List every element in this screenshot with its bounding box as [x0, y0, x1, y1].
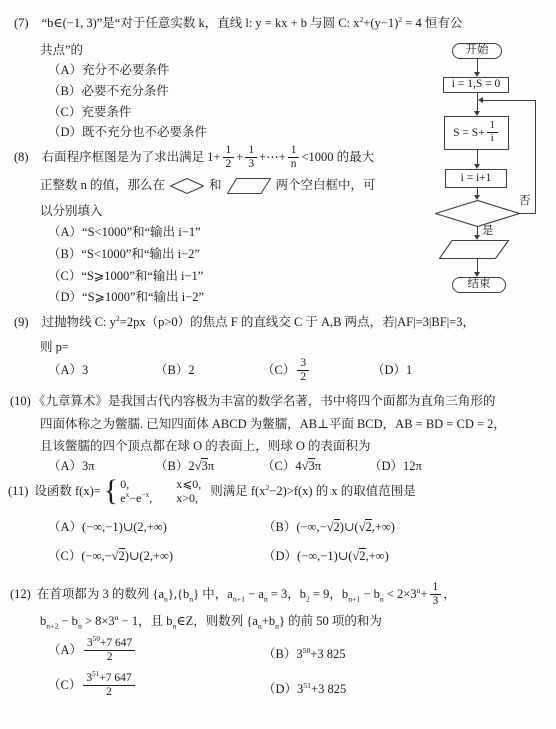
question-10-line-3: 且该鳖臑的四个顶点都在球 O 的表面上，则球 O 的表面积为 — [40, 438, 371, 455]
option-text: （A）充分不必要条件 — [48, 63, 170, 77]
option-text: （D）351+3 825 — [263, 682, 346, 696]
flowchart-connector — [477, 259, 478, 272]
question-9-option-c: （C）32 — [262, 358, 311, 384]
flowchart-accumulate-label: S = S+1i — [453, 121, 500, 145]
question-12-number: (12) — [10, 586, 31, 603]
option-text: （D）既不充分也不必要条件 — [48, 125, 207, 139]
question-8-line-3: 以分别填入 — [40, 203, 103, 220]
question-11-stem-cont: 则满足 f(x2−2)>f(x) 的 x 的取值范围是 — [210, 483, 415, 500]
question-10-line-1: (10)《九章算术》是我国古代内容极为丰富的数学名著，书中将四个面都为直角三角形… — [10, 393, 495, 410]
piecewise-brace: { — [104, 477, 118, 505]
question-9-option-b: （B）2 — [155, 362, 195, 379]
yes-label-text: 是 — [482, 225, 494, 237]
option-text: （A）3π — [48, 459, 95, 473]
question-7-number: (7) — [14, 15, 29, 32]
question-11-option-c: （C）(−∞,−√2)∪(2,+∞) — [48, 548, 173, 565]
question-12-stem-cont: bn+2 − bn > 8×3n − 1，且 bn∈Z，则数列 {an+bn} … — [40, 614, 382, 628]
question-12-stem: 在首项都为 3 的数列 {an},{bn} 中，an+1 − an = 3，b2… — [37, 587, 456, 601]
option-text: （B）2√3π — [155, 458, 214, 473]
question-8-option-d: （D）“S⩾1000”和“输出 i−2” — [48, 289, 204, 306]
flowchart-increment-label: i = i+1 — [461, 173, 492, 185]
question-9-stem: 过抛物线 C: y2=2px（p>0）的焦点 F 的直线交 C 于 A,B 两点… — [42, 315, 475, 329]
option-text: （C）(−∞,−√2)∪(2,+∞) — [48, 548, 173, 563]
flowchart-end-node: 结束 — [452, 277, 506, 293]
question-12-line-2: bn+2 − bn > 8×3n − 1，且 bn∈Z，则数列 {an+bn} … — [40, 613, 382, 630]
option-text: （D）(−∞,−1)∪(√2,+∞) — [263, 548, 389, 563]
exam-page: (7)“b∈(−1, 3)”是“对于任意实数 k，直线 l: y = kx + … — [0, 0, 556, 729]
option-text: （C）32 — [262, 363, 311, 377]
flowchart-connector — [535, 100, 536, 214]
question-8-stem-cont3: 以分别填入 — [40, 204, 103, 218]
program-flowchart: 开始 i = 1,S = 0 S = S+1i i = i+1 否 是 结束 — [426, 42, 548, 296]
question-10-option-d: （D）12π — [369, 458, 422, 475]
question-8-stem: 右面程序框图是为了求出满足 1+12+13+⋯+1n<1000 的最大 — [42, 150, 375, 164]
option-text: （D）1 — [372, 363, 412, 377]
option-text: （D）12π — [369, 459, 422, 473]
piecewise-case-2: ex−e−x,x>0, — [120, 491, 201, 505]
question-9-line-2: 则 p= — [40, 339, 69, 356]
question-12-option-c: （C）351+7 6472 — [48, 673, 137, 699]
option-text: （A）3 — [48, 363, 88, 377]
flowchart-connector — [520, 213, 535, 214]
option-text: （C）“S⩾1000”和“输出 i−1” — [48, 269, 203, 283]
flowchart-decision-diamond — [435, 200, 521, 228]
question-11-option-d: （D）(−∞,−1)∪(√2,+∞) — [263, 548, 389, 565]
question-11-line-1: (11) 设函数 f(x)= { 0,x⩽0, ex−e−x,x>0, 则满足 … — [8, 477, 416, 505]
question-12-line-1: (12)在首项都为 3 的数列 {an},{bn} 中，an+1 − an = … — [10, 582, 456, 608]
option-text: （B）必要不充分条件 — [48, 84, 169, 98]
question-12-option-d: （D）351+3 825 — [263, 681, 346, 698]
question-7-line-1: (7)“b∈(−1, 3)”是“对于任意实数 k，直线 l: y = kx + … — [14, 15, 462, 32]
question-7-option-a: （A）充分不必要条件 — [48, 62, 170, 79]
question-12-option-a: （A）350+7 6472 — [48, 638, 137, 664]
option-text: （C）351+7 6472 — [48, 678, 137, 692]
option-text: （A）(−∞,−1)∪(2,+∞) — [48, 520, 167, 534]
case-2-value: ex−e−x, — [120, 491, 176, 505]
question-10-stem: 《九章算术》是我国古代内容极为丰富的数学名著，书中将四个面都为直角三角形的 — [33, 394, 496, 408]
flowchart-arrowhead — [478, 97, 483, 103]
question-9-option-a: （A）3 — [48, 362, 88, 379]
question-8-stem-cont2: 两个空白框中，可 — [276, 178, 376, 192]
flowchart-increment-node: i = i+1 — [445, 169, 507, 188]
question-7-stem-cont: 共点”的 — [40, 43, 83, 57]
flowchart-init-node: i = 1,S = 0 — [443, 77, 509, 93]
question-11-option-a: （A）(−∞,−1)∪(2,+∞) — [48, 519, 167, 536]
flowchart-start-node: 开始 — [452, 43, 502, 59]
flowchart-connector — [477, 188, 478, 195]
flowchart-connector — [477, 59, 478, 72]
option-text: （B）“S<1000”和“输出 i−2” — [48, 247, 200, 261]
question-10-option-a: （A）3π — [48, 458, 95, 475]
question-8-option-c: （C）“S⩾1000”和“输出 i−1” — [48, 268, 203, 285]
option-text: （B）2 — [155, 363, 195, 377]
question-8-line-2: 正整数 n 的值，那么在和两个空白框中，可 — [40, 177, 376, 194]
question-7-line-2: 共点”的 — [40, 42, 83, 59]
question-9-stem-cont: 则 p= — [40, 340, 69, 354]
option-text: （C）4√3π — [262, 458, 321, 473]
question-10-line-2: 四面体称之为鳖臑. 已知四面体 ABCD 为鳖臑，AB⊥平面 BCD，AB = … — [40, 416, 506, 433]
option-text: （B）(−∞,−√2)∪(√2,+∞) — [263, 519, 395, 534]
question-7-option-b: （B）必要不充分条件 — [48, 83, 169, 100]
case-1-value: 0, — [120, 477, 176, 491]
question-10-stem-cont: 四面体称之为鳖臑. 已知四面体 ABCD 为鳖臑，AB⊥平面 BCD，AB = … — [40, 417, 506, 431]
question-8-option-a: （A）“S<1000”和“输出 i−1” — [48, 224, 201, 241]
question-8-stem-cont: 正整数 n 的值，那么在 — [40, 178, 165, 192]
option-text: （A）350+7 6472 — [48, 643, 137, 657]
question-11-stem: 设函数 f(x)= — [34, 483, 100, 500]
question-7-option-c: （C）充要条件 — [48, 104, 131, 121]
piecewise-case-1: 0,x⩽0, — [120, 477, 201, 491]
question-11-option-b: （B）(−∞,−√2)∪(√2,+∞) — [263, 519, 395, 536]
piecewise-cases: 0,x⩽0, ex−e−x,x>0, — [120, 477, 201, 505]
flowchart-init-label: i = 1,S = 0 — [452, 79, 500, 91]
question-8-conjunction: 和 — [209, 178, 222, 192]
question-10-stem-cont2: 且该鳖臑的四个顶点都在球 O 的表面上，则球 O 的表面积为 — [40, 439, 371, 453]
question-10-option-b: （B）2√3π — [155, 458, 214, 475]
question-8-line-1: (8)右面程序框图是为了求出满足 1+12+13+⋯+1n<1000 的最大 — [14, 145, 374, 171]
flowchart-connector — [483, 100, 535, 101]
option-text: （A）“S<1000”和“输出 i−1” — [48, 225, 201, 239]
question-9-line-1: (9)过抛物线 C: y2=2px（p>0）的焦点 F 的直线交 C 于 A,B… — [14, 314, 475, 331]
question-10-option-c: （C）4√3π — [262, 458, 321, 475]
no-label-text: 否 — [519, 195, 531, 207]
option-text: （C）充要条件 — [48, 105, 131, 119]
flowchart-no-label: 否 — [519, 196, 531, 208]
option-text: （D）“S⩾1000”和“输出 i−2” — [48, 290, 204, 304]
case-2-condition: x>0, — [176, 491, 198, 505]
flowchart-end-label: 结束 — [468, 279, 491, 291]
io-parallelogram-icon — [227, 178, 271, 194]
flowchart-start-label: 开始 — [466, 45, 489, 57]
question-9-number: (9) — [14, 314, 29, 331]
option-text: （B）350+3 825 — [263, 647, 346, 661]
flowchart-output-parallelogram — [439, 240, 510, 259]
flowchart-connector — [477, 227, 478, 235]
question-8-number: (8) — [14, 149, 29, 166]
question-10-number: (10) — [10, 393, 31, 410]
question-8-option-b: （B）“S<1000”和“输出 i−2” — [48, 246, 200, 263]
case-1-condition: x⩽0, — [176, 477, 201, 491]
question-9-option-d: （D）1 — [372, 362, 412, 379]
flowchart-connector — [477, 150, 478, 164]
flowchart-yes-label: 是 — [482, 226, 494, 238]
flowchart-accumulate-node: S = S+1i — [444, 116, 509, 150]
decision-diamond-icon — [170, 178, 204, 194]
question-11-number: (11) — [8, 483, 28, 500]
question-7-stem: “b∈(−1, 3)”是“对于任意实数 k，直线 l: y = kx + b 与… — [42, 16, 463, 30]
question-12-option-b: （B）350+3 825 — [263, 646, 346, 663]
question-7-option-d: （D）既不充分也不必要条件 — [48, 124, 207, 141]
